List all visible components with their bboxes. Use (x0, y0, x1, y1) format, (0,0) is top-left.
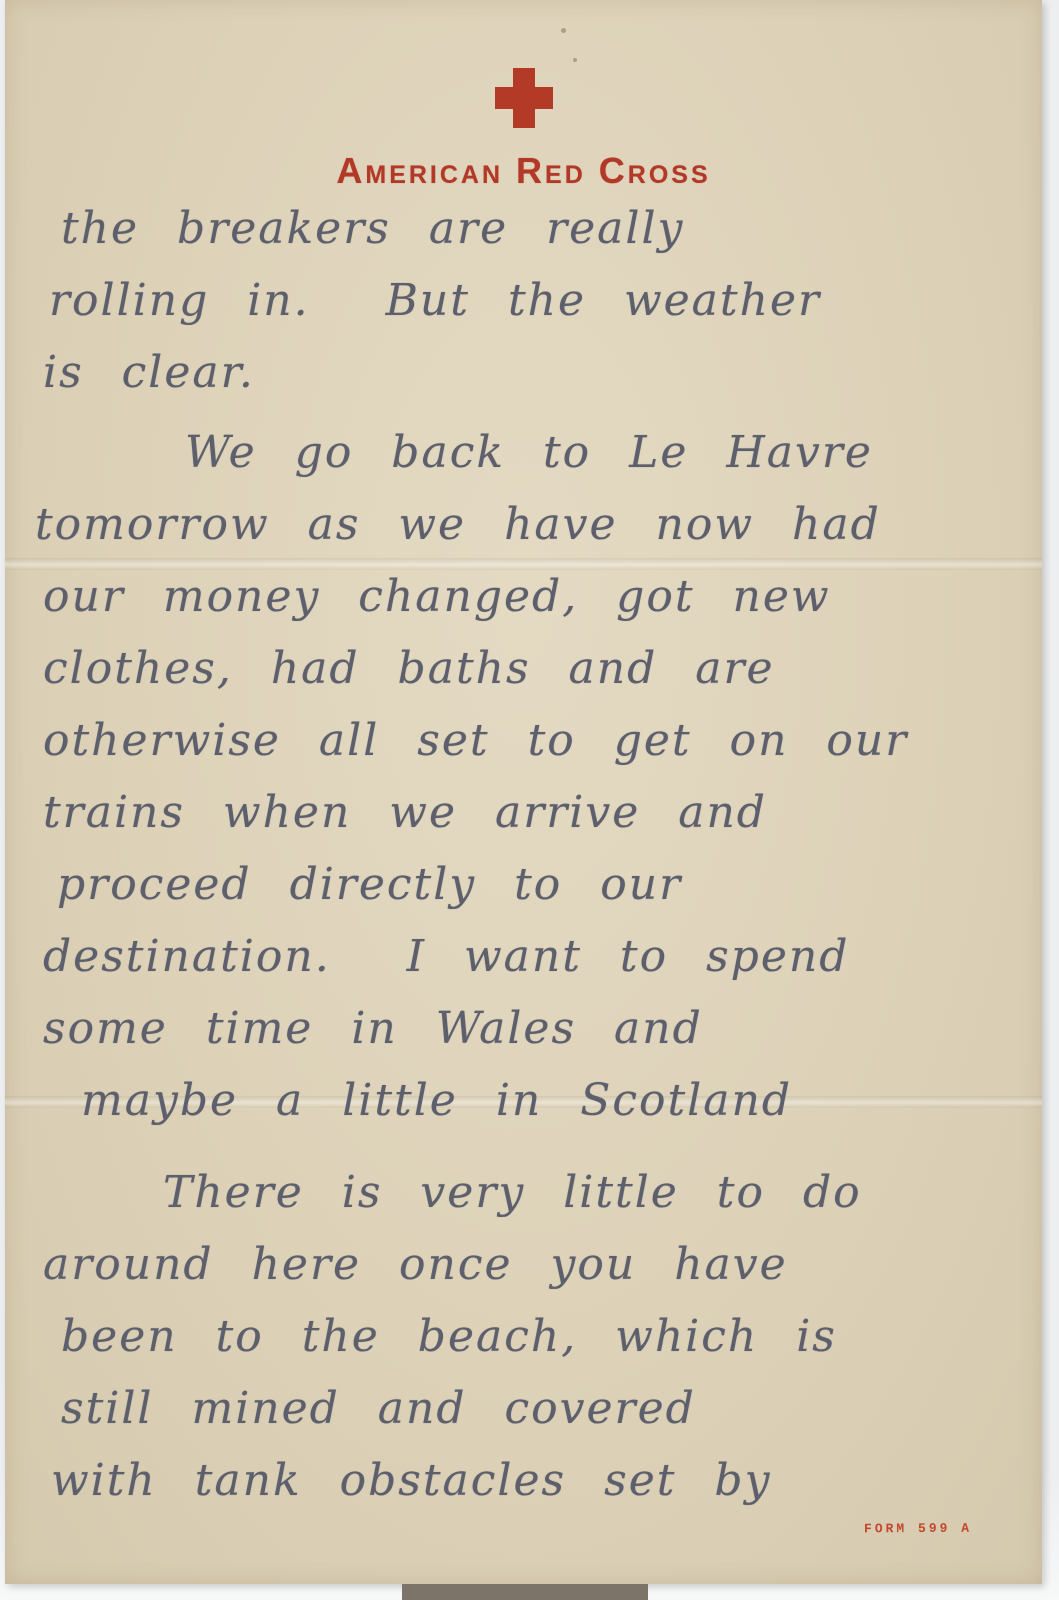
letter-line: tomorrow as we have now had (35, 489, 1022, 561)
letter-paper: American Red Cross the breakers are real… (5, 0, 1042, 1584)
letter-line: We go back to Le Havre (185, 417, 1022, 489)
letter-line: our money changed, got new (43, 561, 1022, 633)
letterhead-title: American Red Cross (5, 150, 1042, 192)
letter-line: rolling in. But the weather (49, 265, 1022, 337)
letter-line: with tank obstacles set by (51, 1445, 1022, 1517)
letter-line: trains when we arrive and (43, 777, 1022, 849)
letter-line: still mined and covered (61, 1373, 1022, 1445)
letter-line: some time in Wales and (43, 993, 1022, 1065)
letter-line: clothes, had baths and are (43, 633, 1022, 705)
paper-speck (561, 28, 566, 33)
letter-line: There is very little to do (163, 1157, 1022, 1229)
form-number-stamp: FORM 599 A (864, 1521, 972, 1537)
letter-line: is clear. (43, 337, 1022, 409)
letter-line: around here once you have (43, 1229, 1022, 1301)
letter-line: otherwise all set to get on our (43, 705, 1022, 777)
letter-body: the breakers are really rolling in. But … (43, 193, 1022, 1517)
letter-line: destination. I want to spend (43, 921, 1022, 993)
letter-line: the breakers are really (61, 193, 1022, 265)
cross-bar-horizontal (495, 87, 553, 109)
paper-speck (573, 58, 577, 62)
scan-background-object (402, 1584, 648, 1600)
letter-line: proceed directly to our (57, 849, 1022, 921)
red-cross-icon (495, 68, 553, 128)
letterhead: American Red Cross (5, 68, 1042, 192)
letter-line: maybe a little in Scotland (81, 1065, 1022, 1137)
letter-line: been to the beach, which is (61, 1301, 1022, 1373)
